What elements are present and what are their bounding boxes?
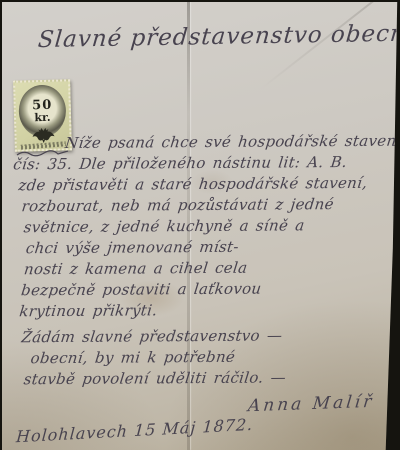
handwritten-line: Níže psaná chce své hospodářské stavení — [64, 131, 390, 154]
handwritten-line: zde přistavěti a staré hospodářské stave… — [17, 173, 390, 197]
handwritten-line: stavbě povolení uděliti ráčilo. — — [23, 367, 392, 391]
handwritten-line: čís: 35. Dle přiloženého nástinu lit: A.… — [12, 152, 390, 176]
handwritten-body: Níže psaná chce své hospodářské stavení … — [13, 131, 391, 391]
aged-paper-sheet: Slavné představenstvo obecní. 50 kr. Níž… — [2, 2, 400, 450]
signature: Anna Malíř — [247, 392, 375, 416]
handwritten-line: chci výše jmenované míst- — [25, 236, 391, 260]
handwritten-line: obecní, by mi k potřebné — [29, 346, 391, 370]
place-and-date: Holohlavech 15 Máj 1872. — [15, 415, 253, 447]
handwritten-line: nosti z kamena a cihel cela — [23, 257, 391, 281]
stamp-unit: kr. — [34, 111, 51, 122]
handwritten-line: bezpečně postaviti a laťkovou — [20, 278, 391, 302]
handwritten-line: rozbourat, neb má pozůstávati z jedné — [20, 194, 390, 218]
photographed-document: Slavné představenstvo obecní. 50 kr. Níž… — [0, 0, 400, 450]
handwritten-line: krytinou přikrýti. — [18, 299, 391, 323]
document-title: Slavné představenstvo obecní. — [37, 21, 391, 53]
handwritten-line: Žádám slavné představenstvo — — [20, 325, 391, 349]
handwritten-line: světnice, z jedné kuchyně a síně a — [23, 215, 391, 239]
